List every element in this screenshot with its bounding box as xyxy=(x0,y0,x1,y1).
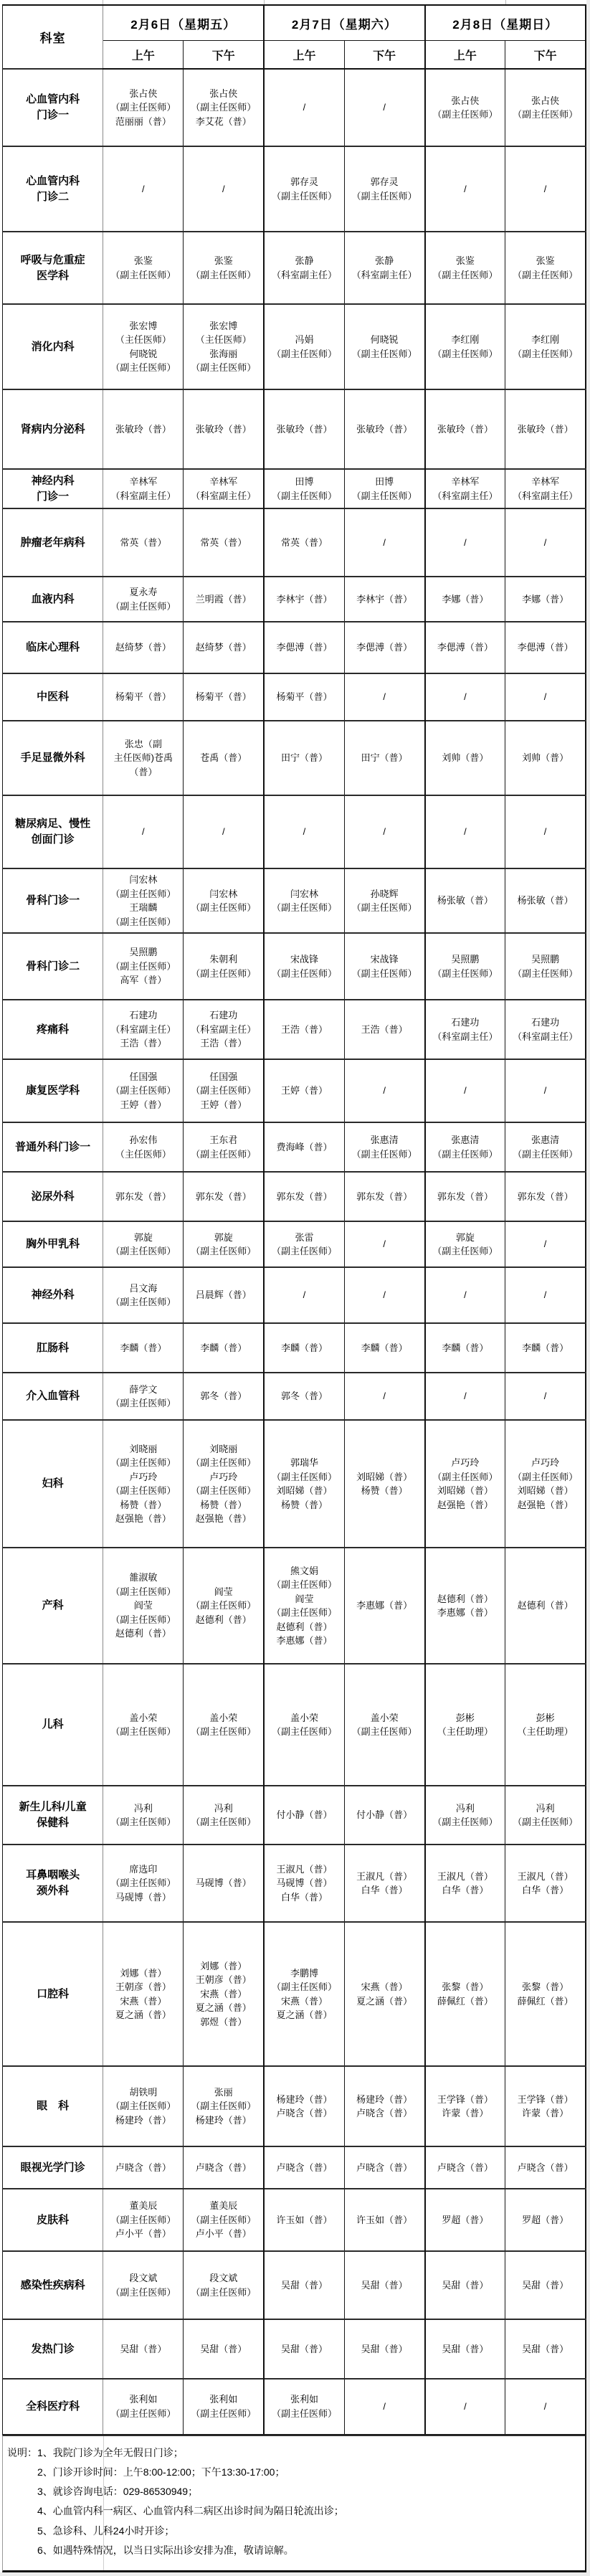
schedule-cell: / xyxy=(505,1221,586,1267)
dept-name: 感染性疾病科 xyxy=(3,2251,103,2319)
schedule-cell: 吴甜（普） xyxy=(505,2251,586,2319)
table-row: 眼视光学门诊卢晓含（普）卢晓含（普）卢晓含（普）卢晓含（普）卢晓含（普）卢晓含（… xyxy=(3,2146,586,2189)
schedule-cell: 费海峰（普） xyxy=(264,1122,344,1172)
dept-name: 呼吸与危重症 医学科 xyxy=(3,232,103,304)
schedule-cell: 宋燕（普） 夏之涵（普） xyxy=(344,1922,424,2066)
table-row: 肾病内分泌科张敏玲（普）张敏玲（普）张敏玲（普）张敏玲（普）张敏玲（普）张敏玲（… xyxy=(3,389,586,469)
schedule-cell: 吴甜（普） xyxy=(344,2251,424,2319)
schedule-cell: 李鹏博 （副主任医师） 宋燕（普） 夏之涵（普） xyxy=(264,1922,344,2066)
schedule-cell: 田博 （副主任医师） xyxy=(264,469,344,508)
table-row: 全科医疗科张利如 （副主任医师）张利如 （副主任医师）张利如 （副主任医师）//… xyxy=(3,2379,586,2434)
table-row: 骨科门诊一闫宏林 （副主任医师） 王瑞麟 （副主任医师）闫宏林 （副主任医师）闫… xyxy=(3,868,586,933)
dept-name: 心血管内科 门诊一 xyxy=(3,69,103,146)
note-line: 2、门诊开诊时间：上午8:00-12:00；下午13:30-17:00； xyxy=(7,2463,579,2482)
table-row: 感染性疾病科段文斌 （副主任医师）段文斌 （副主任医师）吴甜（普）吴甜（普）吴甜… xyxy=(3,2251,586,2319)
schedule-cell: 吕文海 （副主任医师） xyxy=(103,1267,184,1323)
note-line: 4、心血管内科一病区、心血管内科二病区出诊时间为隔日轮流出诊； xyxy=(7,2501,579,2521)
table-row: 眼 科胡铁明 （副主任医师） 杨建玲（普）张丽 （副主任医师） 杨建玲（普）杨建… xyxy=(3,2066,586,2146)
schedule-cell: / xyxy=(184,146,264,232)
table-row: 介入血管科薛学文 （副主任医师）郭冬（普）郭冬（普）/// xyxy=(3,1373,586,1420)
schedule-cell: 李红刚 （副主任医师） xyxy=(505,304,586,389)
schedule-cell: 卢晓含（普） xyxy=(264,2146,344,2189)
schedule-cell: 吴甜（普） xyxy=(184,2319,264,2379)
schedule-cell: 常英（普） xyxy=(103,508,184,577)
schedule-cell: / xyxy=(264,69,344,146)
table-row: 神经外科吕文海 （副主任医师）吕晨辉（普）//// xyxy=(3,1267,586,1323)
note-line: 说明：1、我院门诊为全年无假日门诊； xyxy=(7,2443,579,2463)
schedule-cell: 张利如 （副主任医师） xyxy=(184,2379,264,2434)
am-header: 上午 xyxy=(103,41,184,70)
schedule-cell: 张利如 （副主任医师） xyxy=(103,2379,184,2434)
schedule-cell: 薛学文 （副主任医师） xyxy=(103,1373,184,1420)
schedule-cell: 段文斌 （副主任医师） xyxy=(103,2251,184,2319)
schedule-cell: 段文斌 （副主任医师） xyxy=(184,2251,264,2319)
schedule-cell: 李娜（普） xyxy=(505,577,586,622)
schedule-cell: / xyxy=(344,1267,424,1323)
schedule-cell: 吴甜（普） xyxy=(264,2319,344,2379)
schedule-cell: 王婷（普） xyxy=(264,1059,344,1122)
schedule-cell: 王学锋（普） 许蒙（普） xyxy=(505,2066,586,2146)
schedule-cell: 卢晓含（普） xyxy=(425,2146,505,2189)
table-row: 普通外科门诊一孙宏伟 （主任医师）王东君 （副主任医师）费海峰（普）张惠清 （副… xyxy=(3,1122,586,1172)
schedule-cell: 闫宏林 （副主任医师） xyxy=(184,868,264,933)
schedule-cell: 张惠清 （副主任医师） xyxy=(505,1122,586,1172)
schedule-cell: 冯利 （副主任医师） xyxy=(425,1786,505,1845)
schedule-cell: 吴甜（普） xyxy=(425,2251,505,2319)
schedule-cell: 张惠清 （副主任医师） xyxy=(344,1122,424,1172)
schedule-cell: 卢晓含（普） xyxy=(505,2146,586,2189)
schedule-cell: 李林宇（普） xyxy=(264,577,344,622)
schedule-cell: 卢晓含（普） xyxy=(344,2146,424,2189)
dept-name: 儿科 xyxy=(3,1664,103,1786)
schedule-cell: 李麟（普） xyxy=(184,1323,264,1373)
schedule-cell: / xyxy=(425,146,505,232)
dept-name: 产科 xyxy=(3,1548,103,1664)
schedule-cell: 王淑凡（普） 白华（普） xyxy=(425,1845,505,1922)
schedule-cell: 杨菊平（普） xyxy=(264,673,344,721)
am-header: 上午 xyxy=(264,41,344,70)
schedule-cell: 石建功 （科室副主任） xyxy=(505,1000,586,1059)
schedule-cell: 彭彬 （主任助理） xyxy=(425,1664,505,1786)
schedule-cell: 刘娜（普） 王朝彦（普） 宋燕（普） 夏之涵（普） xyxy=(103,1922,184,2066)
schedule-cell: 张占侠 （副主任医师） xyxy=(425,69,505,146)
dept-name: 皮肤科 xyxy=(3,2189,103,2251)
table-row: 发热门诊吴甜（普）吴甜（普）吴甜（普）吴甜（普）吴甜（普）吴甜（普） xyxy=(3,2319,586,2379)
schedule-cell: 赵绮梦（普） xyxy=(103,622,184,673)
schedule-cell: 王淑凡（普） 白华（普） xyxy=(505,1845,586,1922)
schedule-cell: 李林宇（普） xyxy=(344,577,424,622)
schedule-cell: 阎莹 （副主任医师） 赵德利（普） xyxy=(184,1548,264,1664)
schedule-cell: 刘帅（普） xyxy=(505,721,586,795)
schedule-cell: 李偲溥（普） xyxy=(425,622,505,673)
schedule-cell: 卢晓含（普） xyxy=(184,2146,264,2189)
day-header-sat: 2月7日（星期六） xyxy=(264,5,424,41)
schedule-cell: / xyxy=(344,1221,424,1267)
schedule-cell: 李偲溥（普） xyxy=(505,622,586,673)
schedule-cell: 李麟（普） xyxy=(425,1323,505,1373)
dept-name: 骨科门诊一 xyxy=(3,868,103,933)
schedule-cell: 张静 （科室副主任） xyxy=(344,232,424,304)
schedule-cell: 张占侠 （副主任医师） 范丽丽（普） xyxy=(103,69,184,146)
schedule-cell: 刘晓丽 （副主任医师） 卢巧玲 （副主任医师） 杨赞（普） 赵强艳（普） xyxy=(184,1420,264,1548)
schedule-cell: 赵德利（普） 李惠娜（普） xyxy=(425,1548,505,1664)
schedule-cell: / xyxy=(344,2379,424,2434)
schedule-cell: 郭旋 （副主任医师） xyxy=(184,1221,264,1267)
schedule-cell: 郭东发（普） xyxy=(264,1172,344,1221)
schedule-cell: 张利如 （副主任医师） xyxy=(264,2379,344,2434)
schedule-cell: 孙宏伟 （主任医师） xyxy=(103,1122,184,1172)
table-row: 肛肠科李麟（普）李麟（普）李麟（普）李麟（普）李麟（普）李麟（普） xyxy=(3,1323,586,1373)
schedule-cell: 郭东发（普） xyxy=(344,1172,424,1221)
schedule-cell: 郭冬（普） xyxy=(264,1373,344,1420)
note-line: 3、就诊咨询电话：029-86530949； xyxy=(7,2482,579,2501)
schedule-cell: 杨菊平（普） xyxy=(184,673,264,721)
schedule-cell: 闫宏林 （副主任医师） xyxy=(264,868,344,933)
table-row: 心血管内科 门诊二//郭存灵 （副主任医师）郭存灵 （副主任医师）// xyxy=(3,146,586,232)
dept-name: 糖尿病足、慢性 创面门诊 xyxy=(3,795,103,868)
schedule-cell: 张敏玲（普） xyxy=(425,389,505,469)
schedule-cell: 郭东发（普） xyxy=(184,1172,264,1221)
schedule-cell: 李麟（普） xyxy=(103,1323,184,1373)
schedule-cell: / xyxy=(505,1373,586,1420)
dept-name: 血液内科 xyxy=(3,577,103,622)
dept-name: 骨科门诊二 xyxy=(3,933,103,1000)
schedule-cell: 张敏玲（普） xyxy=(344,389,424,469)
schedule-cell: 盖小荣 （副主任医师） xyxy=(184,1664,264,1786)
dept-name: 眼 科 xyxy=(3,2066,103,2146)
schedule-cell: 李麟（普） xyxy=(344,1323,424,1373)
table-row: 产科雒淑敏 （副主任医师） 阎莹 （副主任医师） 赵德利（普）阎莹 （副主任医师… xyxy=(3,1548,586,1664)
schedule-body: 心血管内科 门诊一张占侠 （副主任医师） 范丽丽（普）张占侠 （副主任医师） 李… xyxy=(3,69,586,2434)
schedule-cell: 冯利 （副主任医师） xyxy=(184,1786,264,1845)
table-row: 呼吸与危重症 医学科张鉴 （副主任医师）张鉴 （副主任医师）张静 （科室副主任）… xyxy=(3,232,586,304)
schedule-cell: / xyxy=(505,2379,586,2434)
schedule-cell: / xyxy=(184,795,264,868)
dept-name: 临床心理科 xyxy=(3,622,103,673)
schedule-cell: / xyxy=(505,508,586,577)
schedule-cell: 杨张敏（普） xyxy=(425,868,505,933)
schedule-cell: 杨菊平（普） xyxy=(103,673,184,721)
dept-name: 康复医学科 xyxy=(3,1059,103,1122)
schedule-cell: 石建功 （科室副主任） 王浩（普） xyxy=(103,1000,184,1059)
table-row: 儿科盖小荣 （副主任医师）盖小荣 （副主任医师）盖小荣 （副主任医师）盖小荣 （… xyxy=(3,1664,586,1786)
schedule-cell: 常英（普） xyxy=(184,508,264,577)
notes-section: 说明：1、我院门诊为全年无假日门诊； 2、门诊开诊时间：上午8:00-12:00… xyxy=(2,2435,586,2573)
schedule-cell: / xyxy=(103,146,184,232)
schedule-cell: 张丽 （副主任医师） 杨建玲（普） xyxy=(184,2066,264,2146)
schedule-cell: 李惠娜（普） xyxy=(344,1548,424,1664)
schedule-cell: 张鉴 （副主任医师） xyxy=(425,232,505,304)
dept-name: 介入血管科 xyxy=(3,1373,103,1420)
dept-name: 妇科 xyxy=(3,1420,103,1548)
schedule-cell: 辛林军 （科室副主任） xyxy=(425,469,505,508)
schedule-cell: 吕晨辉（普） xyxy=(184,1267,264,1323)
schedule-cell: 郭旋 （副主任医师） xyxy=(103,1221,184,1267)
schedule-cell: / xyxy=(425,795,505,868)
schedule-cell: 石建功 （科室副主任） 王浩（普） xyxy=(184,1000,264,1059)
schedule-cell: 许玉如（普） xyxy=(264,2189,344,2251)
pm-header: 下午 xyxy=(184,41,264,70)
schedule-cell: 张占侠 （副主任医师） xyxy=(505,69,586,146)
schedule-cell: 常英（普） xyxy=(264,508,344,577)
schedule-cell: 吴照鹏 （副主任医师） xyxy=(425,933,505,1000)
schedule-cell: 田博 （副主任医师） xyxy=(344,469,424,508)
schedule-cell: / xyxy=(425,508,505,577)
schedule-cell: 赵德利（普） xyxy=(505,1548,586,1664)
schedule-cell: / xyxy=(344,673,424,721)
pm-header: 下午 xyxy=(344,41,424,70)
schedule-cell: 卢巧玲 （副主任医师） 刘昭娣（普） 赵强艳（普） xyxy=(425,1420,505,1548)
schedule-cell: 冯利 （副主任医师） xyxy=(103,1786,184,1845)
schedule-cell: 席选印 （副主任医师） 马砚博（普） xyxy=(103,1845,184,1922)
schedule-cell: 苍禹（普） xyxy=(184,721,264,795)
dept-column-header: 科室 xyxy=(3,5,103,69)
schedule-cell: 李麟（普） xyxy=(505,1323,586,1373)
schedule-cell: 刘晓丽 （副主任医师） 卢巧玲 （副主任医师） 杨赞（普） 赵强艳（普） xyxy=(103,1420,184,1548)
cropped-bottom-row-sliver xyxy=(0,2572,590,2576)
schedule-cell: / xyxy=(264,1267,344,1323)
dept-name: 普通外科门诊一 xyxy=(3,1122,103,1172)
schedule-cell: 罗超（普） xyxy=(505,2189,586,2251)
schedule-cell: 张黎（普） 薛佩红（普） xyxy=(425,1922,505,2066)
schedule-cell: 宋战锋 （副主任医师） xyxy=(264,933,344,1000)
schedule-cell: / xyxy=(425,1267,505,1323)
table-row: 新生儿科/儿童 保健科冯利 （副主任医师）冯利 （副主任医师）付小静（普）付小静… xyxy=(3,1786,586,1845)
dept-name: 疼痛科 xyxy=(3,1000,103,1059)
schedule-cell: / xyxy=(344,1059,424,1122)
schedule-cell: 张鉴 （副主任医师） xyxy=(103,232,184,304)
dept-name: 胸外甲乳科 xyxy=(3,1221,103,1267)
schedule-cell: 吴照鹏 （副主任医师） xyxy=(505,933,586,1000)
table-row: 临床心理科赵绮梦（普）赵绮梦（普）李偲溥（普）李偲溥（普）李偲溥（普）李偲溥（普… xyxy=(3,622,586,673)
schedule-cell: / xyxy=(344,69,424,146)
dept-name: 发热门诊 xyxy=(3,2319,103,2379)
dept-name: 眼视光学门诊 xyxy=(3,2146,103,2189)
dept-name: 手足显微外科 xyxy=(3,721,103,795)
schedule-cell: 宋战锋 （副主任医师） xyxy=(344,933,424,1000)
am-header: 上午 xyxy=(425,41,505,70)
schedule-cell: / xyxy=(505,1059,586,1122)
table-row: 泌尿外科郭东发（普）郭东发（普）郭东发（普）郭东发（普）郭东发（普）郭东发（普） xyxy=(3,1172,586,1221)
schedule-cell: / xyxy=(505,673,586,721)
schedule-cell: / xyxy=(264,795,344,868)
schedule-cell: 张黎（普） 薛佩红（普） xyxy=(505,1922,586,2066)
schedule-cell: 付小静（普） xyxy=(264,1786,344,1845)
schedule-cell: 王东君 （副主任医师） xyxy=(184,1122,264,1172)
schedule-cell: 任国强 （副主任医师） 王婷（普） xyxy=(103,1059,184,1122)
schedule-cell: 张敏玲（普） xyxy=(103,389,184,469)
schedule-cell: / xyxy=(344,1373,424,1420)
schedule-cell: 张惠清 （副主任医师） xyxy=(425,1122,505,1172)
schedule-cell: 吴甜（普） xyxy=(344,2319,424,2379)
table-row: 心血管内科 门诊一张占侠 （副主任医师） 范丽丽（普）张占侠 （副主任医师） 李… xyxy=(3,69,586,146)
table-row: 皮肤科董美辰 （副主任医师） 卢小平（普）董美辰 （副主任医师） 卢小平（普）许… xyxy=(3,2189,586,2251)
table-row: 糖尿病足、慢性 创面门诊////// xyxy=(3,795,586,868)
schedule-cell: 郭存灵 （副主任医师） xyxy=(344,146,424,232)
schedule-cell: 盖小荣 （副主任医师） xyxy=(344,1664,424,1786)
outpatient-schedule-page: 科室 2月6日（星期五） 2月7日（星期六） 2月8日（星期日） 上午 下午 上… xyxy=(0,0,590,2576)
dept-name: 神经内科 门诊一 xyxy=(3,469,103,508)
table-row: 血液内科夏永寿 （副主任医师）兰明霞（普）李林宇（普）李林宇（普）李娜（普）李娜… xyxy=(3,577,586,622)
schedule-cell: 熊文娟 （副主任医师） 阎莹 （副主任医师） 赵德利（普） 李惠娜（普） xyxy=(264,1548,344,1664)
dept-name: 泌尿外科 xyxy=(3,1172,103,1221)
table-row: 胸外甲乳科郭旋 （副主任医师）郭旋 （副主任医师）张雷 （副主任医师）/郭旋 （… xyxy=(3,1221,586,1267)
schedule-cell: / xyxy=(505,1267,586,1323)
schedule-cell: 张占侠 （副主任医师） 李艾花（普） xyxy=(184,69,264,146)
schedule-table: 科室 2月6日（星期五） 2月7日（星期六） 2月8日（星期日） 上午 下午 上… xyxy=(2,4,586,2435)
schedule-cell: 辛林军 （科室副主任） xyxy=(505,469,586,508)
schedule-cell: 郭东发（普） xyxy=(425,1172,505,1221)
schedule-cell: 郭东发（普） xyxy=(505,1172,586,1221)
header-row-dates: 科室 2月6日（星期五） 2月7日（星期六） 2月8日（星期日） xyxy=(3,5,586,41)
table-row: 中医科杨菊平（普）杨菊平（普）杨菊平（普）/// xyxy=(3,673,586,721)
schedule-cell: / xyxy=(425,1059,505,1122)
schedule-cell: 何晓锐 （副主任医师） xyxy=(344,304,424,389)
dept-name: 全科医疗科 xyxy=(3,2379,103,2434)
schedule-cell: 冯娟 （副主任医师） xyxy=(264,304,344,389)
schedule-cell: 李红刚 （副主任医师） xyxy=(425,304,505,389)
schedule-cell: 赵绮梦（普） xyxy=(184,622,264,673)
schedule-cell: 闫宏林 （副主任医师） 王瑞麟 （副主任医师） xyxy=(103,868,184,933)
schedule-cell: 张鉴 （副主任医师） xyxy=(184,232,264,304)
schedule-cell: 田宁（普） xyxy=(344,721,424,795)
dept-name: 神经外科 xyxy=(3,1267,103,1323)
schedule-cell: 辛林军 （科室副主任） xyxy=(184,469,264,508)
table-row: 骨科门诊二吴照鹏 （副主任医师） 高军（普）朱朝利 （副主任医师）宋战锋 （副主… xyxy=(3,933,586,1000)
schedule-cell: 吴甜（普） xyxy=(505,2319,586,2379)
schedule-cell: 李偲溥（普） xyxy=(344,622,424,673)
schedule-cell: 杨建玲（普） 卢晓含（普） xyxy=(344,2066,424,2146)
table-row: 康复医学科任国强 （副主任医师） 王婷（普）任国强 （副主任医师） 王婷（普）王… xyxy=(3,1059,586,1122)
schedule-cell: 冯利 （副主任医师） xyxy=(505,1786,586,1845)
schedule-cell: 张静 （科室副主任） xyxy=(264,232,344,304)
schedule-cell: 王淑凡（普） 白华（普） xyxy=(344,1845,424,1922)
schedule-cell: 张敏玲（普） xyxy=(264,389,344,469)
dept-name: 中医科 xyxy=(3,673,103,721)
schedule-cell: 李娜（普） xyxy=(425,577,505,622)
schedule-cell: 辛林军 （科室副主任） xyxy=(103,469,184,508)
schedule-cell: 郭东发（普） xyxy=(103,1172,184,1221)
schedule-cell: 朱朝利 （副主任医师） xyxy=(184,933,264,1000)
schedule-cell: 兰明霞（普） xyxy=(184,577,264,622)
page-edge-strip xyxy=(586,0,590,2576)
schedule-cell: 盖小荣 （副主任医师） xyxy=(103,1664,184,1786)
schedule-cell: 郭旋 （副主任医师） xyxy=(425,1221,505,1267)
schedule-cell: / xyxy=(344,795,424,868)
schedule-cell: 吴甜（普） xyxy=(425,2319,505,2379)
schedule-cell: / xyxy=(425,673,505,721)
schedule-cell: 李麟（普） xyxy=(264,1323,344,1373)
schedule-cell: 吴甜（普） xyxy=(264,2251,344,2319)
schedule-cell: 罗超（普） xyxy=(425,2189,505,2251)
dept-name: 消化内科 xyxy=(3,304,103,389)
schedule-cell: 刘帅（普） xyxy=(425,721,505,795)
dept-name: 口腔科 xyxy=(3,1922,103,2066)
schedule-cell: 刘昭娣（普） 杨赞（普） xyxy=(344,1420,424,1548)
schedule-cell: 任国强 （副主任医师） 王婷（普） xyxy=(184,1059,264,1122)
note-line: 6、如遇特殊情况，以当日实际出诊安排为准，敬请谅解。 xyxy=(7,2541,579,2560)
day-header-fri: 2月6日（星期五） xyxy=(103,5,264,41)
schedule-cell: 杨建玲（普） 卢晓含（普） xyxy=(264,2066,344,2146)
schedule-cell: 吴照鹏 （副主任医师） 高军（普） xyxy=(103,933,184,1000)
dept-name: 心血管内科 门诊二 xyxy=(3,146,103,232)
schedule-cell: 张宏博 （主任医师） 张海丽 （副主任医师） xyxy=(184,304,264,389)
schedule-cell: / xyxy=(103,795,184,868)
schedule-cell: 孙晓辉 （副主任医师） xyxy=(344,868,424,933)
pm-header: 下午 xyxy=(505,41,586,70)
schedule-cell: 张雷 （副主任医师） xyxy=(264,1221,344,1267)
schedule-cell: 郭冬（普） xyxy=(184,1373,264,1420)
schedule-cell: 盖小荣 （副主任医师） xyxy=(264,1664,344,1786)
table-row: 口腔科刘娜（普） 王朝彦（普） 宋燕（普） 夏之涵（普）刘娜（普） 王朝彦（普）… xyxy=(3,1922,586,2066)
schedule-cell: 石建功 （科室副主任） xyxy=(425,1000,505,1059)
schedule-cell: 王浩（普） xyxy=(344,1000,424,1059)
schedule-cell: 王淑凡（普） 马砚博（普） 白华（普） xyxy=(264,1845,344,1922)
note-line: 5、急诊科、儿科24小时开诊； xyxy=(7,2521,579,2541)
schedule-cell: 马砚博（普） xyxy=(184,1845,264,1922)
schedule-cell: 张宏博 （主任医师） 何晓锐 （副主任医师） xyxy=(103,304,184,389)
schedule-cell: 许玉如（普） xyxy=(344,2189,424,2251)
schedule-cell: 王浩（普） xyxy=(264,1000,344,1059)
schedule-cell: / xyxy=(344,508,424,577)
schedule-cell: 付小静（普） xyxy=(344,1786,424,1845)
schedule-cell: 吴甜（普） xyxy=(103,2319,184,2379)
schedule-cell: 彭彬 （主任助理） xyxy=(505,1664,586,1786)
dept-name: 肛肠科 xyxy=(3,1323,103,1373)
schedule-cell: 董美辰 （副主任医师） 卢小平（普） xyxy=(103,2189,184,2251)
schedule-cell: 夏永寿 （副主任医师） xyxy=(103,577,184,622)
schedule-cell: 李偲溥（普） xyxy=(264,622,344,673)
schedule-cell: 杨张敏（普） xyxy=(505,868,586,933)
schedule-cell: 张敏玲（普） xyxy=(184,389,264,469)
cropped-title-row-sliver xyxy=(2,0,586,4)
schedule-cell: 雒淑敏 （副主任医师） 阎莹 （副主任医师） 赵德利（普） xyxy=(103,1548,184,1664)
schedule-cell: / xyxy=(505,146,586,232)
dept-name: 肿瘤老年病科 xyxy=(3,508,103,577)
schedule-cell: 郭存灵 （副主任医师） xyxy=(264,146,344,232)
schedule-cell: 张鉴 （副主任医师） xyxy=(505,232,586,304)
schedule-cell: 胡铁明 （副主任医师） 杨建玲（普） xyxy=(103,2066,184,2146)
schedule-cell: 卢巧玲 （副主任医师） 刘昭娣（普） 赵强艳（普） xyxy=(505,1420,586,1548)
dept-name: 新生儿科/儿童 保健科 xyxy=(3,1786,103,1845)
table-row: 耳鼻咽喉头 颈外科席选印 （副主任医师） 马砚博（普）马砚博（普）王淑凡（普） … xyxy=(3,1845,586,1922)
schedule-cell: 田宁（普） xyxy=(264,721,344,795)
schedule-cell: 董美辰 （副主任医师） 卢小平（普） xyxy=(184,2189,264,2251)
schedule-cell: 卢晓含（普） xyxy=(103,2146,184,2189)
dept-name: 耳鼻咽喉头 颈外科 xyxy=(3,1845,103,1922)
table-row: 神经内科 门诊一辛林军 （科室副主任）辛林军 （科室副主任）田博 （副主任医师）… xyxy=(3,469,586,508)
table-row: 消化内科张宏博 （主任医师） 何晓锐 （副主任医师）张宏博 （主任医师） 张海丽… xyxy=(3,304,586,389)
schedule-cell: 刘娜（普） 王朝彦（普） 宋燕（普） 夏之涵（普） 郭煜（普） xyxy=(184,1922,264,2066)
table-row: 疼痛科石建功 （科室副主任） 王浩（普）石建功 （科室副主任） 王浩（普）王浩（… xyxy=(3,1000,586,1059)
schedule-cell: 郭瑞华 （副主任医师） 刘昭娣（普） 杨赞（普） xyxy=(264,1420,344,1548)
table-row: 妇科刘晓丽 （副主任医师） 卢巧玲 （副主任医师） 杨赞（普） 赵强艳（普）刘晓… xyxy=(3,1420,586,1548)
day-header-sun: 2月8日（星期日） xyxy=(425,5,586,41)
schedule-cell: / xyxy=(425,1373,505,1420)
schedule-cell: / xyxy=(425,2379,505,2434)
table-row: 肿瘤老年病科常英（普）常英（普）常英（普）/// xyxy=(3,508,586,577)
schedule-cell: 张敏玲（普） xyxy=(505,389,586,469)
schedule-cell: 王学锋（普） 许蒙（普） xyxy=(425,2066,505,2146)
schedule-cell: / xyxy=(505,795,586,868)
schedule-cell: 张忠（副 主任医师)苍禹 （普） xyxy=(103,721,184,795)
dept-name: 肾病内分泌科 xyxy=(3,389,103,469)
table-row: 手足显微外科张忠（副 主任医师)苍禹 （普）苍禹（普）田宁（普）田宁（普）刘帅（… xyxy=(3,721,586,795)
